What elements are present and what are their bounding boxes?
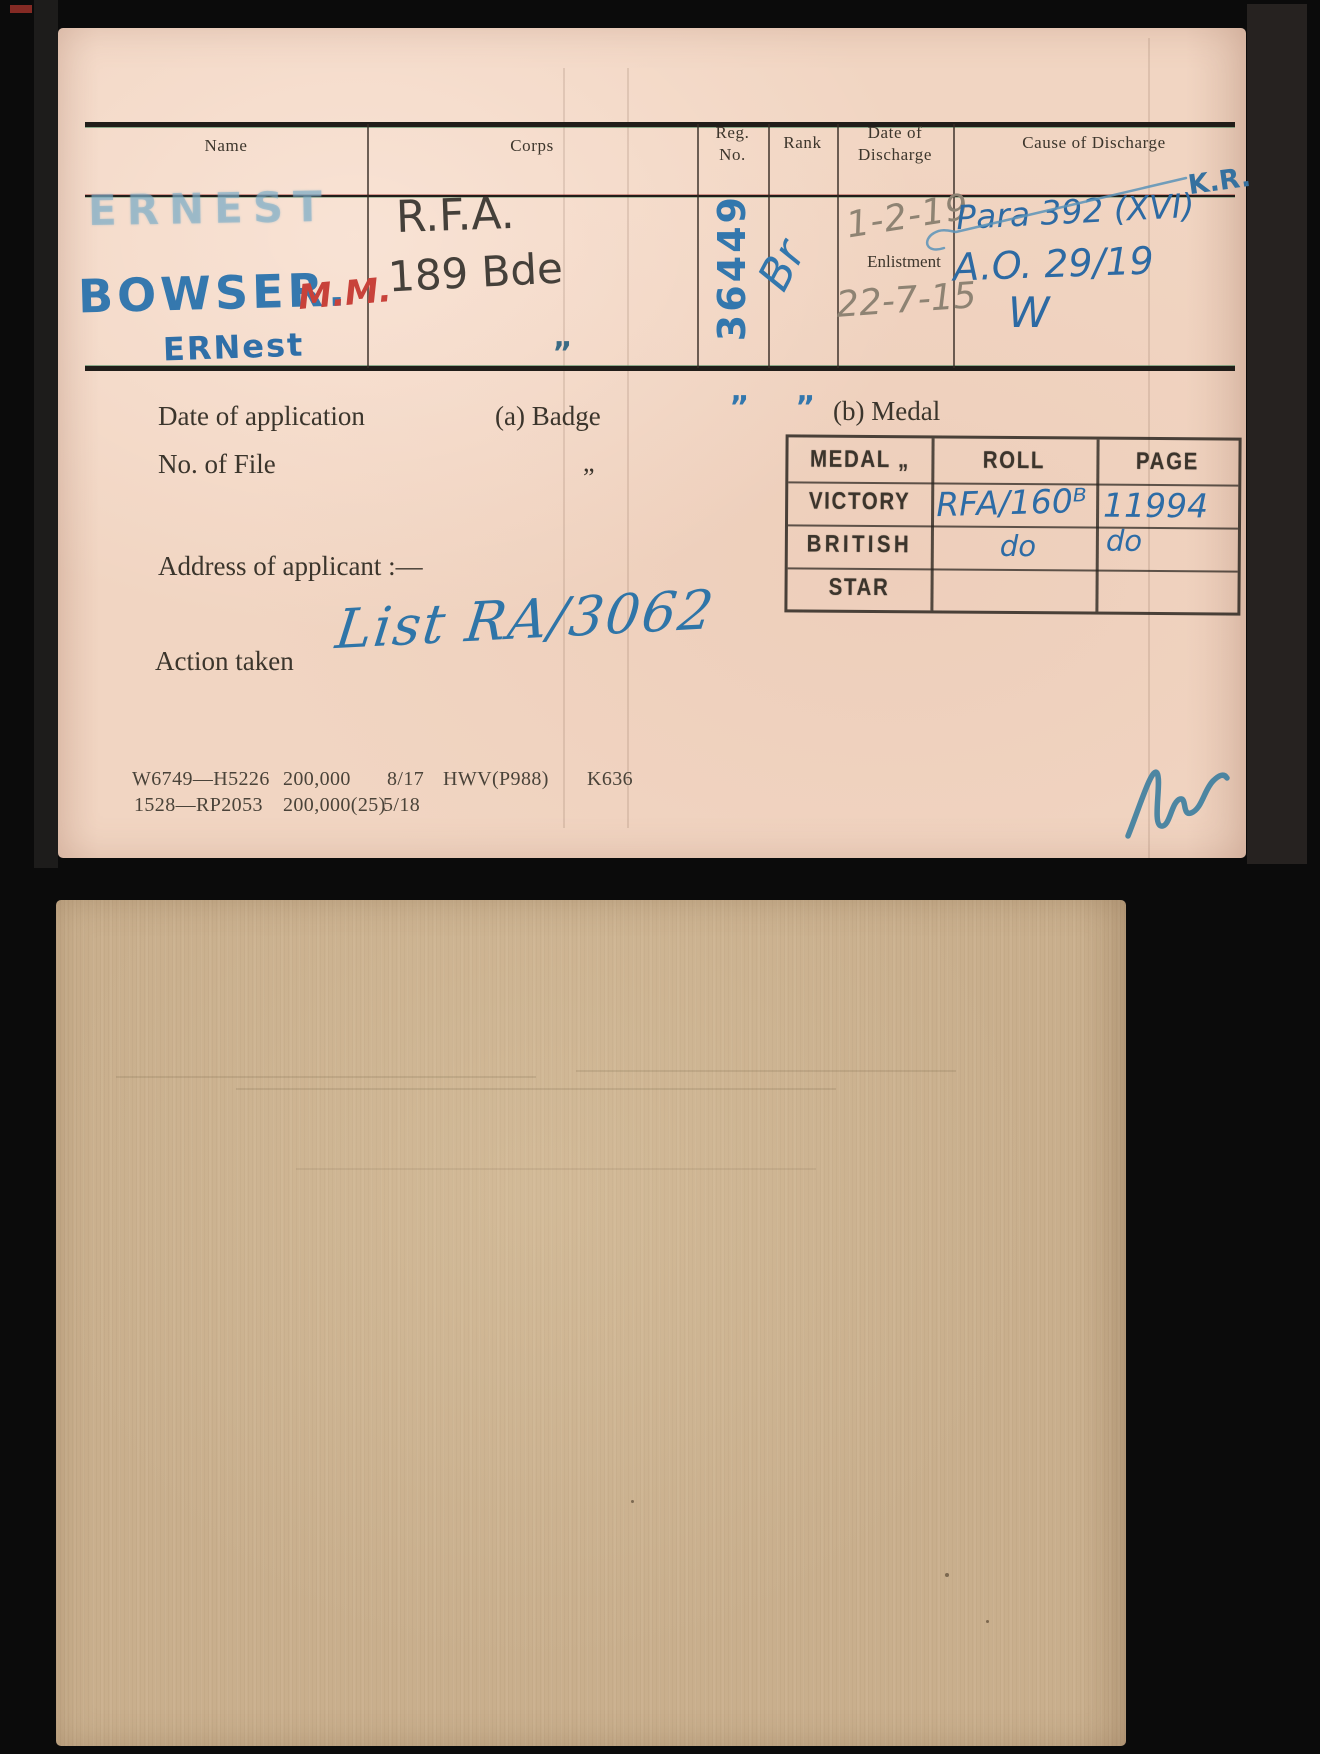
paper-mark xyxy=(576,1070,956,1072)
stamp-row-star: STAR xyxy=(798,574,920,603)
medal-index-card-front: Name Corps Reg. No. Rank Date of Dischar… xyxy=(58,28,1246,858)
victory-roll-entry: RFA/160ᴮ xyxy=(936,481,1088,524)
stamp-header-page: PAGE xyxy=(1107,448,1228,477)
paper-mark xyxy=(296,1168,816,1170)
cause-entry-para: Para 392 (XVI) xyxy=(955,186,1195,237)
cause-entry-w: W xyxy=(1008,288,1050,337)
date-of-application-label: Date of application xyxy=(158,401,365,432)
kings-regulations-note: K.R. xyxy=(1186,162,1252,201)
print-code: HWV(P988) xyxy=(443,768,549,791)
corps-entry-rfa: R.F.A. xyxy=(395,188,515,243)
enlistment-label: Enlistment xyxy=(848,252,960,272)
column-divider xyxy=(367,124,369,368)
rank-ditto-mark: „ xyxy=(796,374,816,409)
action-taken-label: Action taken xyxy=(155,646,294,677)
regimental-number-text: 36449 xyxy=(710,194,754,341)
medal-roll-stamp: MEDAL „ ROLL PAGE VICTORY BRITISH STAR R… xyxy=(784,434,1241,615)
cause-entry-army-order: A.O. 29/19 xyxy=(952,239,1154,290)
stamp-row-british: BRITISH xyxy=(798,531,920,560)
scanner-edge-left xyxy=(34,0,58,868)
paper-mark xyxy=(116,1076,536,1078)
paper-speck xyxy=(986,1620,989,1623)
paper-mark xyxy=(236,1088,836,1090)
british-page-entry: do xyxy=(1106,524,1142,558)
header-date-of-discharge: Date of Discharge xyxy=(837,122,953,166)
header-discharge-line1: Date of xyxy=(837,122,953,144)
action-taken-entry: List RA/3062 xyxy=(332,578,718,661)
address-of-applicant-label: Address of applicant :— xyxy=(158,551,423,582)
paper-speck xyxy=(631,1500,634,1503)
header-reg-line1: Reg. xyxy=(697,122,768,144)
paper-crease xyxy=(563,68,565,828)
forename-entry: ERNest xyxy=(162,326,305,369)
table-bottom-rule xyxy=(85,366,1235,371)
header-corps: Corps xyxy=(367,135,697,157)
badge-label: (a) Badge xyxy=(495,401,601,432)
medal-index-card-back xyxy=(56,900,1126,1746)
stamp-column-divider xyxy=(1095,440,1099,612)
header-rank: Rank xyxy=(768,132,837,154)
initials-scribble xyxy=(1120,740,1250,850)
military-medal-note: M.M. xyxy=(296,270,393,318)
stamp-row-rule xyxy=(788,567,1238,572)
british-roll-entry: do xyxy=(1000,529,1036,563)
corps-ditto-mark: „ xyxy=(553,320,573,355)
header-discharge-line2: Discharge xyxy=(837,144,953,166)
printers-codes: W6749—H5226 200,000 8/17 HWV(P988) K636 … xyxy=(132,768,712,824)
victory-page-entry: 11994 xyxy=(1103,486,1208,526)
print-code: 5/18 xyxy=(383,794,420,817)
print-code: 1528—RP2053 xyxy=(134,794,263,817)
print-code: K636 xyxy=(587,768,633,791)
table-top-rule xyxy=(85,122,1235,127)
header-reg-no: Reg. No. xyxy=(697,122,768,166)
print-code: 200,000(25) xyxy=(283,794,386,817)
reg-no-ditto-mark: „ xyxy=(730,374,750,409)
header-name: Name xyxy=(85,135,367,157)
paper-crease xyxy=(627,68,629,828)
print-code: W6749—H5226 xyxy=(132,768,270,791)
stamp-header-roll: ROLL xyxy=(944,447,1084,476)
stamped-forename: ERNEST xyxy=(88,182,333,235)
regimental-number-entry: 36449 xyxy=(710,194,754,376)
stamp-row-victory: VICTORY xyxy=(799,488,921,517)
file-ditto-mark: „ xyxy=(583,448,595,478)
paper-speck xyxy=(945,1573,949,1577)
medal-label: (b) Medal xyxy=(833,396,940,427)
header-cause-of-discharge: Cause of Discharge xyxy=(953,132,1235,154)
no-of-file-label: No. of File xyxy=(158,449,276,480)
print-code: 8/17 xyxy=(387,768,424,791)
scan-artifact xyxy=(10,5,32,13)
rank-entry: Br xyxy=(748,232,816,299)
print-code: 200,000 xyxy=(283,768,351,791)
scanned-document: Name Corps Reg. No. Rank Date of Dischar… xyxy=(0,0,1320,1754)
header-reg-line2: No. xyxy=(697,144,768,166)
stamp-header-medal: MEDAL „ xyxy=(799,446,921,475)
scanner-edge-right xyxy=(1247,4,1307,864)
corps-entry-brigade: 189 Bde xyxy=(387,243,564,301)
